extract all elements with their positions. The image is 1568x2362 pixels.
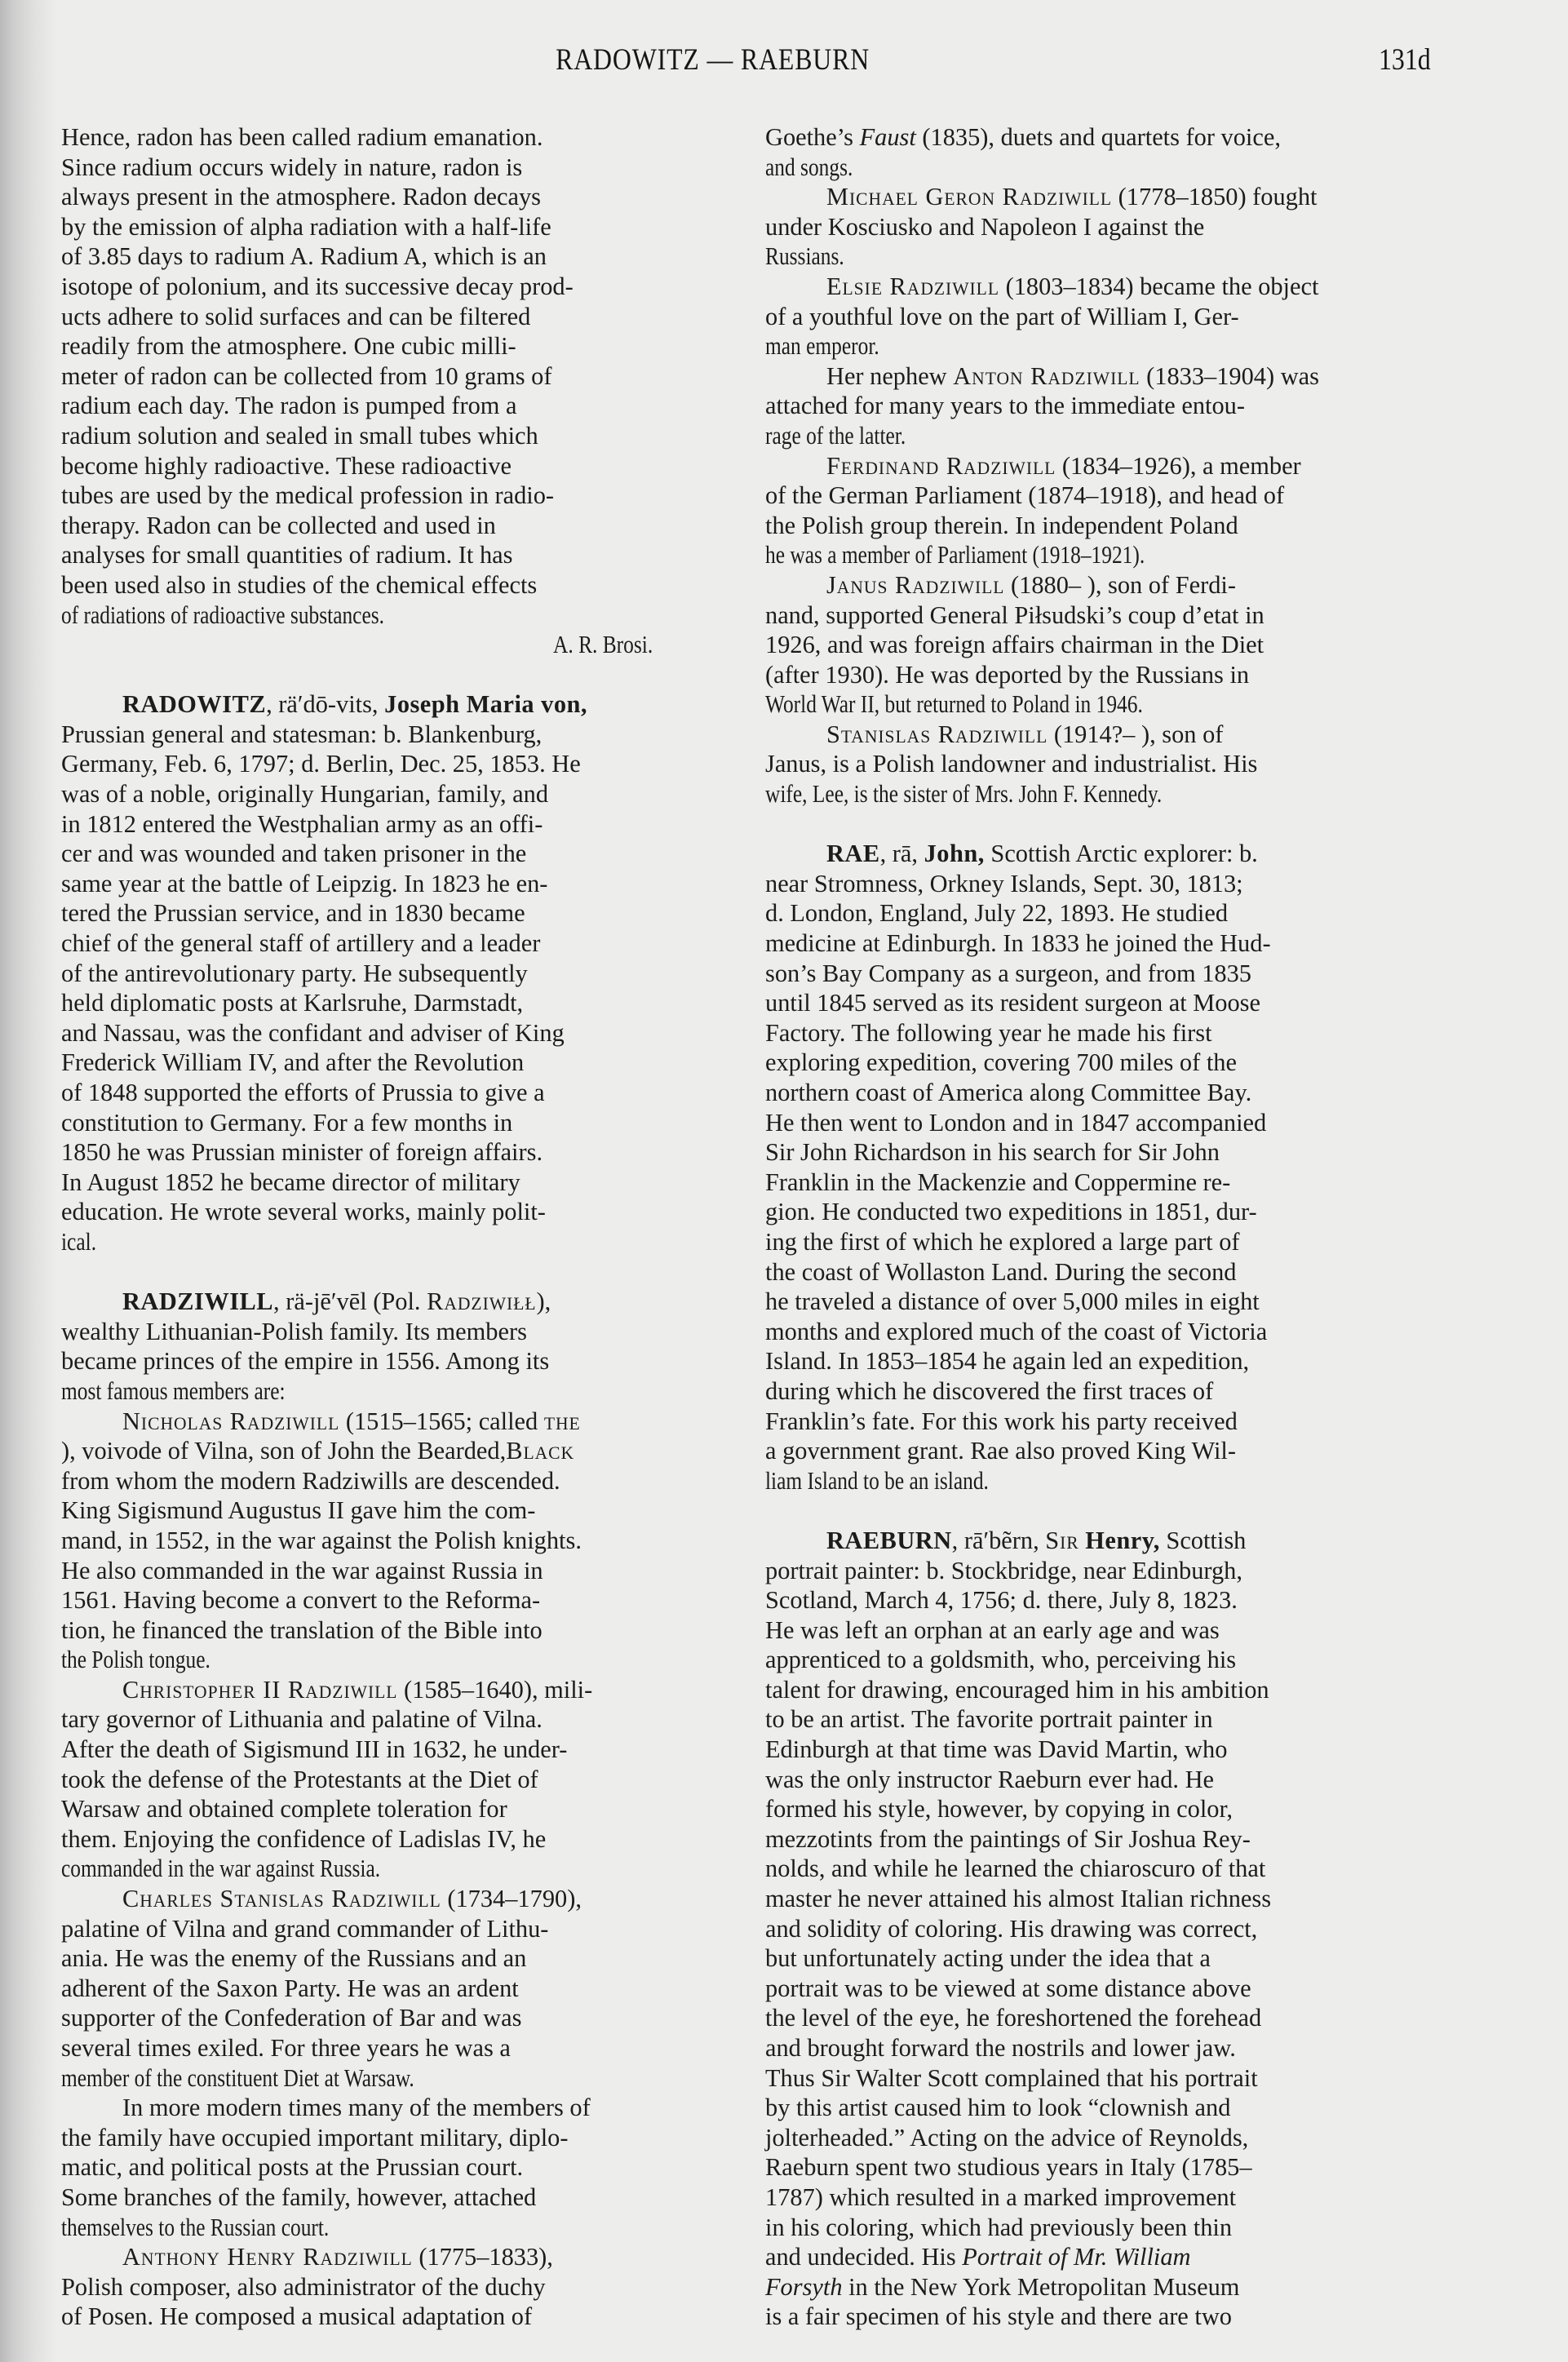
text-run: A. R. Brosi. [553,630,653,658]
text-run: of the antirevolutionary party. He subse… [61,959,528,987]
text-run: d. London, England, July 22, 1893. He st… [765,898,1228,927]
text-line: talent for drawing, encouraged him in hi… [765,1675,1449,1705]
line-text: was the only instructor Raeburn ever had… [765,1765,1214,1795]
text-line: Since radium occurs widely in nature, ra… [61,153,724,183]
line-text: during which he discovered the first tra… [765,1376,1213,1407]
running-head-title: RADOWITZ — RAEBURN [530,42,895,78]
text-line: readily from the atmosphere. One cubic m… [61,331,724,361]
small-caps-name: Anton Radziwill [953,361,1140,390]
text-line: in his coloring, which had previously be… [765,2213,1449,2243]
text-line: he traveled a distance of over 5,000 mil… [765,1287,1449,1317]
text-run: and solidity of coloring. His drawing wa… [765,1914,1257,1943]
text-line: months and explored much of the coast of… [765,1317,1449,1347]
line-text: the Polish tongue. [61,1645,210,1675]
text-run: commanded in the war against Russia. [61,1854,380,1882]
text-run: Frederick William IV, and after the Revo… [61,1048,524,1076]
text-run: and songs. [765,153,853,181]
text-line: Warsaw and obtained complete toleration … [61,1794,724,1824]
text-run: Raeburn spent two studious years in Ital… [765,2152,1252,2181]
text-line: Polish composer, also administrator of t… [61,2272,724,2302]
text-run: was of a noble, originally Hungarian, fa… [61,779,548,808]
text-run: isotope of polonium, and its successive … [61,272,574,300]
text-run: was the only instructor Raeburn ever had… [765,1765,1214,1793]
line-text: portrait painter: b. Stockbridge, near E… [765,1556,1242,1586]
text-run: After the death of Sigismund III in 1632… [61,1735,567,1763]
line-text: matic, and political posts at the Prussi… [61,2152,523,2183]
text-run: supporter of the Confederation of Bar an… [61,2003,521,2032]
text-run: held diplomatic posts at Karlsruhe, Darm… [61,988,523,1017]
text-run: from whom the modern Radziwills are desc… [61,1466,560,1495]
line-text: Edinburgh at that time was David Martin,… [765,1735,1227,1765]
line-text: Some branches of the family, however, at… [61,2183,536,2213]
line-text: ania. He was the enemy of the Russians a… [61,1943,526,1974]
line-text: tion, he financed the translation of the… [61,1615,543,1646]
line-text: nand, supported General Piłsudski’s coup… [765,600,1265,631]
text-run: (1585–1640), mili- [397,1675,592,1704]
text-line: but unfortunately acting under the idea … [765,1943,1449,1974]
text-run [1079,1526,1086,1554]
line-text: master he never attained his almost Ital… [765,1884,1271,1914]
line-text: 1850 he was Prussian minister of foreign… [61,1137,543,1168]
text-line: Scotland, March 4, 1756; d. there, July … [765,1585,1449,1615]
text-line: a government grant. Rae also proved King… [765,1436,1449,1466]
line-text: under Kosciusko and Napoleon I against t… [765,212,1204,242]
line-text: of 3.85 days to radium A. Radium A, whic… [61,242,547,272]
text-run: liam Island to be an island. [765,1466,989,1495]
text-line: wife, Lee, is the sister of Mrs. John F.… [765,779,1449,809]
entry-headword: RAE [826,839,880,867]
text-run: the Polish tongue. [61,1645,210,1673]
text-line: Germany, Feb. 6, 1797; d. Berlin, Dec. 2… [61,749,724,779]
small-caps-name: Christopher II Radziwill [122,1675,397,1704]
line-text: he traveled a distance of over 5,000 mil… [765,1287,1260,1317]
line-text: d. London, England, July 22, 1893. He st… [765,898,1228,928]
text-line: of Posen. He composed a musical adaptati… [61,2302,724,2332]
text-line: northern coast of America along Committe… [765,1078,1449,1108]
entry-headword-line: RAEBURN, rā′bẽrn, Sir Henry, Scottish [765,1526,1449,1556]
small-caps-name: the [544,1407,581,1435]
text-line: of 3.85 days to radium A. Radium A, whic… [61,242,724,272]
text-run: man emperor. [765,331,879,360]
text-run: therapy. Radon can be collected and used… [61,511,496,539]
text-line: most famous members are: [61,1376,724,1407]
line-text: therapy. Radon can be collected and used… [61,511,496,541]
line-text: near Stromness, Orkney Islands, Sept. 30… [765,869,1243,899]
text-run: wife, Lee, is the sister of Mrs. John F.… [765,779,1162,808]
text-line: and undecided. His Portrait of Mr. Willi… [765,2242,1449,2272]
text-run: Edinburgh at that time was David Martin,… [765,1735,1227,1763]
line-text: took the defense of the Protestants at t… [61,1765,538,1795]
text-line: Some branches of the family, however, at… [61,2183,724,2213]
text-line: (after 1930). He was deported by the Rus… [765,660,1449,690]
line-text: formed his style, however, by copying in… [765,1794,1233,1824]
text-line: Thus Sir Walter Scott complained that hi… [765,2063,1449,2094]
small-caps-name: Ferdinand Radziwill [826,451,1056,480]
running-head: RADOWITZ — RAEBURN 131d [0,42,1568,83]
text-line: Janus Radziwill (1880– ), son of Ferdi- [765,570,1449,600]
text-run: palatine of Vilna and grand commander of… [61,1914,548,1943]
small-caps-name: Anthony Henry Radziwill [122,2242,413,2271]
line-text: Thus Sir Walter Scott complained that hi… [765,2063,1258,2094]
text-run: adherent of the Saxon Party. He was an a… [61,1974,519,2002]
line-text: He was left an orphan at an early age an… [765,1615,1220,1646]
text-run: by this artist caused him to look “clown… [765,2093,1230,2121]
text-run: (1835), duets and quartets for voice, [916,122,1281,151]
text-run: (1778–1850) fought [1112,182,1317,210]
line-text: several times exiled. For three years he… [61,2033,511,2063]
text-line: analyses for small quantities of radium.… [61,540,724,570]
text-run: , rä-jē′vēl (Pol. [273,1287,427,1315]
text-run: and Nassau, was the confidant and advise… [61,1018,565,1047]
text-line: In more modern times many of the members… [61,2093,724,2123]
text-line: He was left an orphan at an early age an… [765,1615,1449,1646]
text-run: , rā, [880,839,924,867]
text-line: Hence, radon has been called radium eman… [61,122,724,153]
text-run: (1880– ), son of Ferdi- [1004,570,1236,599]
text-run: of radiations of radioactive substances. [61,600,384,629]
text-line: In August 1852 he became director of mil… [61,1168,724,1198]
text-run: ical. [61,1227,96,1256]
text-line: ing the first of which he explored a lar… [765,1227,1449,1257]
text-run: several times exiled. For three years he… [61,2033,511,2062]
line-text: and undecided. His Portrait of Mr. Willi… [765,2242,1190,2272]
text-line: took the defense of the Protestants at t… [61,1765,724,1795]
text-line: gion. He conducted two expeditions in 18… [765,1197,1449,1227]
text-line: King Sigismund Augustus II gave him the … [61,1496,724,1526]
line-text: Sir John Richardson in his search for Si… [765,1137,1220,1168]
small-caps-name: Black [506,1436,574,1465]
text-line: was of a noble, originally Hungarian, fa… [61,779,724,809]
text-run: same year at the battle of Leipzig. In 1… [61,869,547,897]
text-line: wealthy Lithuanian-Polish family. Its me… [61,1317,724,1347]
text-run: (after 1930). He was deported by the Rus… [765,660,1249,689]
text-run: Factory. The following year he made his … [765,1018,1212,1047]
text-run: (1734–1790), [441,1884,582,1912]
text-line: ), voivode of Vilna, son of John the Bea… [61,1436,724,1466]
text-line: Franklin in the Mackenzie and Coppermine… [765,1168,1449,1198]
line-text: until 1845 served as its resident surgeo… [765,988,1260,1018]
text-run: ), voivode of Vilna, son of John the Bea… [61,1436,506,1465]
text-run: became princes of the empire in 1556. Am… [61,1346,549,1375]
page-number: 131d [1379,42,1431,78]
line-text: in 1812 entered the Westphalian army as … [61,809,543,840]
text-run: 1787) which resulted in a marked improve… [765,2183,1236,2211]
text-run: cer and was wounded and taken prisoner i… [61,839,526,867]
text-run: chief of the general staff of artillery … [61,928,540,957]
line-text: Prussian general and statesman: b. Blank… [61,720,542,750]
text-line: member of the constituent Diet at Warsaw… [61,2063,724,2094]
entry-headword-line: RADZIWILL, rä-jē′vēl (Pol. Radziwiłł), [61,1287,724,1317]
text-line: become highly radioactive. These radioac… [61,451,724,481]
small-caps-name: Stanislas Radziwill [826,720,1048,748]
text-line: in 1812 entered the Westphalian army as … [61,809,724,840]
text-line: was the only instructor Raeburn ever had… [765,1765,1449,1795]
text-line: the Polish group therein. In independent… [765,511,1449,541]
text-line: tion, he financed the translation of the… [61,1615,724,1646]
text-run: Polish composer, also administrator of t… [61,2272,546,2301]
line-text: (after 1930). He was deported by the Rus… [765,660,1249,690]
text-line: Frederick William IV, and after the Revo… [61,1048,724,1078]
text-run: wealthy Lithuanian-Polish family. Its me… [61,1317,527,1345]
text-line: Prussian general and statesman: b. Blank… [61,720,724,750]
text-run: Russians. [765,242,844,270]
text-line: Christopher II Radziwill (1585–1640), mi… [61,1675,724,1705]
text-line: Goethe’s Faust (1835), duets and quartet… [765,122,1449,153]
text-line: ucts adhere to solid surfaces and can be… [61,302,724,332]
text-line: tary governor of Lithuania and palatine … [61,1704,724,1735]
text-run: medicine at Edinburgh. In 1833 he joined… [765,928,1271,957]
small-caps-name: Nicholas Radziwill [122,1407,339,1435]
line-text: and solidity of coloring. His drawing wa… [765,1914,1257,1944]
text-run: took the defense of the Protestants at t… [61,1765,538,1793]
entry-given-name: Joseph Maria von, [384,689,587,718]
text-line: of radiations of radioactive substances. [61,600,724,631]
line-text: northern coast of America along Committe… [765,1078,1251,1108]
text-run: the coast of Wollaston Land. During the … [765,1257,1236,1286]
text-line: been used also in studies of the chemica… [61,570,724,600]
line-text: tary governor of Lithuania and palatine … [61,1704,543,1735]
text-line: jolterheaded.” Acting on the advice of R… [765,2123,1449,2153]
line-text: mezzotints from the paintings of Sir Jos… [765,1824,1251,1855]
left-column: Hence, radon has been called radium eman… [61,122,724,2332]
text-run: King Sigismund Augustus II gave him the … [61,1496,535,1524]
text-run: talent for drawing, encouraged him in hi… [765,1675,1269,1704]
line-text: Island. In 1853–1854 he again led an exp… [765,1346,1249,1376]
line-text: chief of the general staff of artillery … [61,928,540,959]
text-run: (1833–1904) was [1141,361,1319,390]
text-line: tered the Prussian service, and in 1830 … [61,898,724,928]
line-text: 1561. Having become a convert to the Ref… [61,1585,540,1615]
line-text: the level of the eye, he foreshortened t… [765,2003,1261,2033]
text-line: Janus, is a Polish landowner and industr… [765,749,1449,779]
text-run: , rā′bẽrn, [952,1526,1046,1554]
text-line: of the German Parliament (1874–1918), an… [765,481,1449,511]
text-run: He also commanded in the war against Rus… [61,1556,543,1584]
line-text: Michael Geron Radziwill (1778–1850) foug… [826,182,1318,212]
text-run: a government grant. Rae also proved King… [765,1436,1236,1465]
text-run: of 1848 supported the efforts of Prussia… [61,1078,545,1106]
line-text: ing the first of which he explored a lar… [765,1227,1240,1257]
text-line: Factory. The following year he made his … [765,1018,1449,1048]
text-run: , rä′dō-vits, [266,689,384,718]
text-line: He then went to London and in 1847 accom… [765,1108,1449,1138]
text-run: mand, in 1552, in the war against the Po… [61,1526,582,1554]
text-run: education. He wrote several works, mainl… [61,1197,546,1225]
line-text: medicine at Edinburgh. In 1833 he joined… [765,928,1271,959]
text-run: 1926, and was foreign affairs chairman i… [765,630,1264,658]
text-run: (1914?– ), son of [1048,720,1223,748]
text-run: radium each day. The radon is pumped fro… [61,391,516,419]
text-line: several times exiled. For three years he… [61,2033,724,2063]
line-text: of 1848 supported the efforts of Prussia… [61,1078,545,1108]
text-line: supporter of the Confederation of Bar an… [61,2003,724,2033]
text-line: the Polish tongue. [61,1645,724,1675]
text-run: Her nephew [826,361,953,390]
line-text: by this artist caused him to look “clown… [765,2093,1230,2123]
text-run: to be an artist. The favorite portrait p… [765,1704,1213,1733]
text-run: themselves to the Russian court. [61,2213,329,2241]
line-text: same year at the battle of Leipzig. In 1… [61,869,547,899]
text-line: isotope of polonium, and its successive … [61,272,724,302]
text-run: Scottish Arctic explorer: b. [985,839,1258,867]
line-text: the family have occupied important milit… [61,2123,568,2153]
line-text: radium solution and sealed in small tube… [61,421,538,451]
text-line: from whom the modern Radziwills are desc… [61,1466,724,1496]
line-text: of a youthful love on the part of Willia… [765,302,1239,332]
line-text: became princes of the empire in 1556. Am… [61,1346,549,1376]
text-run: Thus Sir Walter Scott complained that hi… [765,2063,1258,2092]
line-text: Janus, is a Polish landowner and industr… [765,749,1257,779]
line-text: and songs. [765,153,853,183]
text-run: apprenticed to a goldsmith, who, perceiv… [765,1645,1236,1673]
text-run: of a youthful love on the part of Willia… [765,302,1239,330]
text-line: the coast of Wollaston Land. During the … [765,1257,1449,1287]
text-run: until 1845 served as its resident surgeo… [765,988,1260,1017]
text-run: radium solution and sealed in small tube… [61,421,538,450]
text-line: always present in the atmosphere. Radon … [61,182,724,212]
text-line: 1787) which resulted in a marked improve… [765,2183,1449,2213]
text-run: Prussian general and statesman: b. Blank… [61,720,542,748]
line-text: Frederick William IV, and after the Revo… [61,1048,524,1078]
line-text: by the emission of alpha radiation with … [61,212,551,242]
text-run: tubes are used by the medical profession… [61,481,554,509]
line-text: the coast of Wollaston Land. During the … [765,1257,1236,1287]
text-line: rage of the latter. [765,421,1449,451]
text-run: in his coloring, which had previously be… [765,2213,1232,2241]
text-run: (1803–1834) became the object [999,272,1318,300]
line-text: Goethe’s Faust (1835), duets and quartet… [765,122,1281,153]
text-run: in 1812 entered the Westphalian army as … [61,809,543,838]
text-line: education. He wrote several works, mainl… [61,1197,724,1227]
line-text: gion. He conducted two expeditions in 18… [765,1197,1257,1227]
line-text: them. Enjoying the confidence of Ladisla… [61,1824,546,1855]
text-line: under Kosciusko and Napoleon I against t… [765,212,1449,242]
text-run: been used also in studies of the chemica… [61,570,537,599]
text-line: constitution to Germany. For a few month… [61,1108,724,1138]
text-run: Scotland, March 4, 1756; d. there, July … [765,1585,1238,1614]
right-column: Goethe’s Faust (1835), duets and quartet… [765,122,1449,2332]
line-text: but unfortunately acting under the idea … [765,1943,1211,1974]
line-text: Her nephew Anton Radziwill (1833–1904) w… [826,361,1319,392]
line-text: tered the Prussian service, and in 1830 … [61,898,525,928]
line-text: Christopher II Radziwill (1585–1640), mi… [122,1675,592,1705]
line-text: supporter of the Confederation of Bar an… [61,2003,521,2033]
text-run: Scottish [1160,1526,1247,1554]
text-line: Edinburgh at that time was David Martin,… [765,1735,1449,1765]
text-line: to be an artist. The favorite portrait p… [765,1704,1449,1735]
text-line: 1850 he was Prussian minister of foreign… [61,1137,724,1168]
line-text: Raeburn spent two studious years in Ital… [765,2152,1252,2183]
line-text: 1926, and was foreign affairs chairman i… [765,630,1264,660]
small-caps-name: Radziwiłł [427,1287,536,1315]
line-text: a government grant. Rae also proved King… [765,1436,1236,1466]
text-line: liam Island to be an island. [765,1466,1449,1496]
line-text: cer and was wounded and taken prisoner i… [61,839,526,869]
line-text: commanded in the war against Russia. [61,1854,380,1884]
text-run: Since radium occurs widely in nature, ra… [61,153,522,181]
line-text: King Sigismund Augustus II gave him the … [61,1496,535,1526]
line-text: Franklin’s fate. For this work his party… [765,1407,1238,1437]
line-text: RAEBURN, rā′bẽrn, Sir Henry, Scottish [826,1526,1246,1556]
line-text: Since radium occurs widely in nature, ra… [61,153,522,183]
text-line: and solidity of coloring. His drawing wa… [765,1914,1449,1944]
small-caps-name: Janus Radziwill [826,570,1004,599]
line-text: to be an artist. The favorite portrait p… [765,1704,1213,1735]
text-line: during which he discovered the first tra… [765,1376,1449,1407]
text-line: World War II, but returned to Poland in … [765,689,1449,720]
text-run: World War II, but returned to Poland in … [765,689,1143,718]
text-line: ical. [61,1227,724,1257]
line-text: constitution to Germany. For a few month… [61,1108,512,1138]
text-line: Michael Geron Radziwill (1778–1850) foug… [765,182,1449,212]
text-line: 1561. Having become a convert to the Ref… [61,1585,724,1615]
text-run: Goethe’s [765,122,860,151]
text-run: attached for many years to the immediate… [765,391,1245,419]
italic-title: Portrait of Mr. William [962,2242,1190,2271]
text-line: and songs. [765,153,1449,183]
text-run: He then went to London and in 1847 accom… [765,1108,1266,1137]
line-text: meter of radon can be collected from 10 … [61,361,551,392]
text-line: the family have occupied important milit… [61,2123,724,2153]
text-run: and brought forward the nostrils and low… [765,2033,1236,2062]
text-run: near Stromness, Orkney Islands, Sept. 30… [765,869,1243,897]
line-text: isotope of polonium, and its successive … [61,272,574,302]
text-line: portrait was to be viewed at some distan… [765,1974,1449,2004]
line-text: After the death of Sigismund III in 1632… [61,1735,567,1765]
text-run: Hence, radon has been called radium eman… [61,122,543,151]
text-line: until 1845 served as its resident surgeo… [765,988,1449,1018]
line-text: always present in the atmosphere. Radon … [61,182,541,212]
text-run: tary governor of Lithuania and palatine … [61,1704,543,1733]
line-text: Russians. [765,242,844,272]
text-line: is a fair specimen of his style and ther… [765,2302,1449,2332]
text-run: master he never attained his almost Ital… [765,1884,1271,1912]
text-run: of Posen. He composed a musical adaptati… [61,2302,532,2330]
text-line: Charles Stanislas Radziwill (1734–1790), [61,1884,724,1914]
line-text: exploring expedition, covering 700 miles… [765,1048,1237,1078]
text-run: Sir John Richardson in his search for Si… [765,1137,1220,1166]
small-caps-name: Michael Geron Radziwill [826,182,1112,210]
line-text: He also commanded in the war against Rus… [61,1556,543,1586]
line-text: wealthy Lithuanian-Polish family. Its me… [61,1317,527,1347]
line-text: tubes are used by the medical profession… [61,481,554,511]
line-text: held diplomatic posts at Karlsruhe, Darm… [61,988,523,1018]
text-run: always present in the atmosphere. Radon … [61,182,541,210]
text-line: near Stromness, Orkney Islands, Sept. 30… [765,869,1449,899]
line-text: been used also in studies of the chemica… [61,570,537,600]
text-line: Forsyth in the New York Metropolitan Mus… [765,2272,1449,2302]
line-text: radium each day. The radon is pumped fro… [61,391,516,421]
text-run: Janus, is a Polish landowner and industr… [765,749,1257,778]
text-run: In more modern times many of the members… [122,2093,591,2121]
line-text: Ferdinand Radziwill (1834–1926), a membe… [826,451,1301,481]
text-run: become highly radioactive. These radioac… [61,451,512,480]
text-run: under Kosciusko and Napoleon I against t… [765,212,1204,241]
line-text: liam Island to be an island. [765,1466,989,1496]
line-text: education. He wrote several works, mainl… [61,1197,546,1227]
text-line: cer and was wounded and taken prisoner i… [61,839,724,869]
text-line: nolds, and while he learned the chiarosc… [765,1854,1449,1884]
text-run: portrait painter: b. Stockbridge, near E… [765,1556,1242,1584]
text-line: master he never attained his almost Ital… [765,1884,1449,1914]
text-line: palatine of Vilna and grand commander of… [61,1914,724,1944]
line-text: Hence, radon has been called radium eman… [61,122,543,153]
text-line: Sir John Richardson in his search for Si… [765,1137,1449,1168]
text-line: held diplomatic posts at Karlsruhe, Darm… [61,988,724,1018]
line-text: Franklin in the Mackenzie and Coppermine… [765,1168,1230,1198]
text-run: ucts adhere to solid surfaces and can be… [61,302,530,330]
small-caps-name: Charles Stanislas Radziwill [122,1884,441,1912]
